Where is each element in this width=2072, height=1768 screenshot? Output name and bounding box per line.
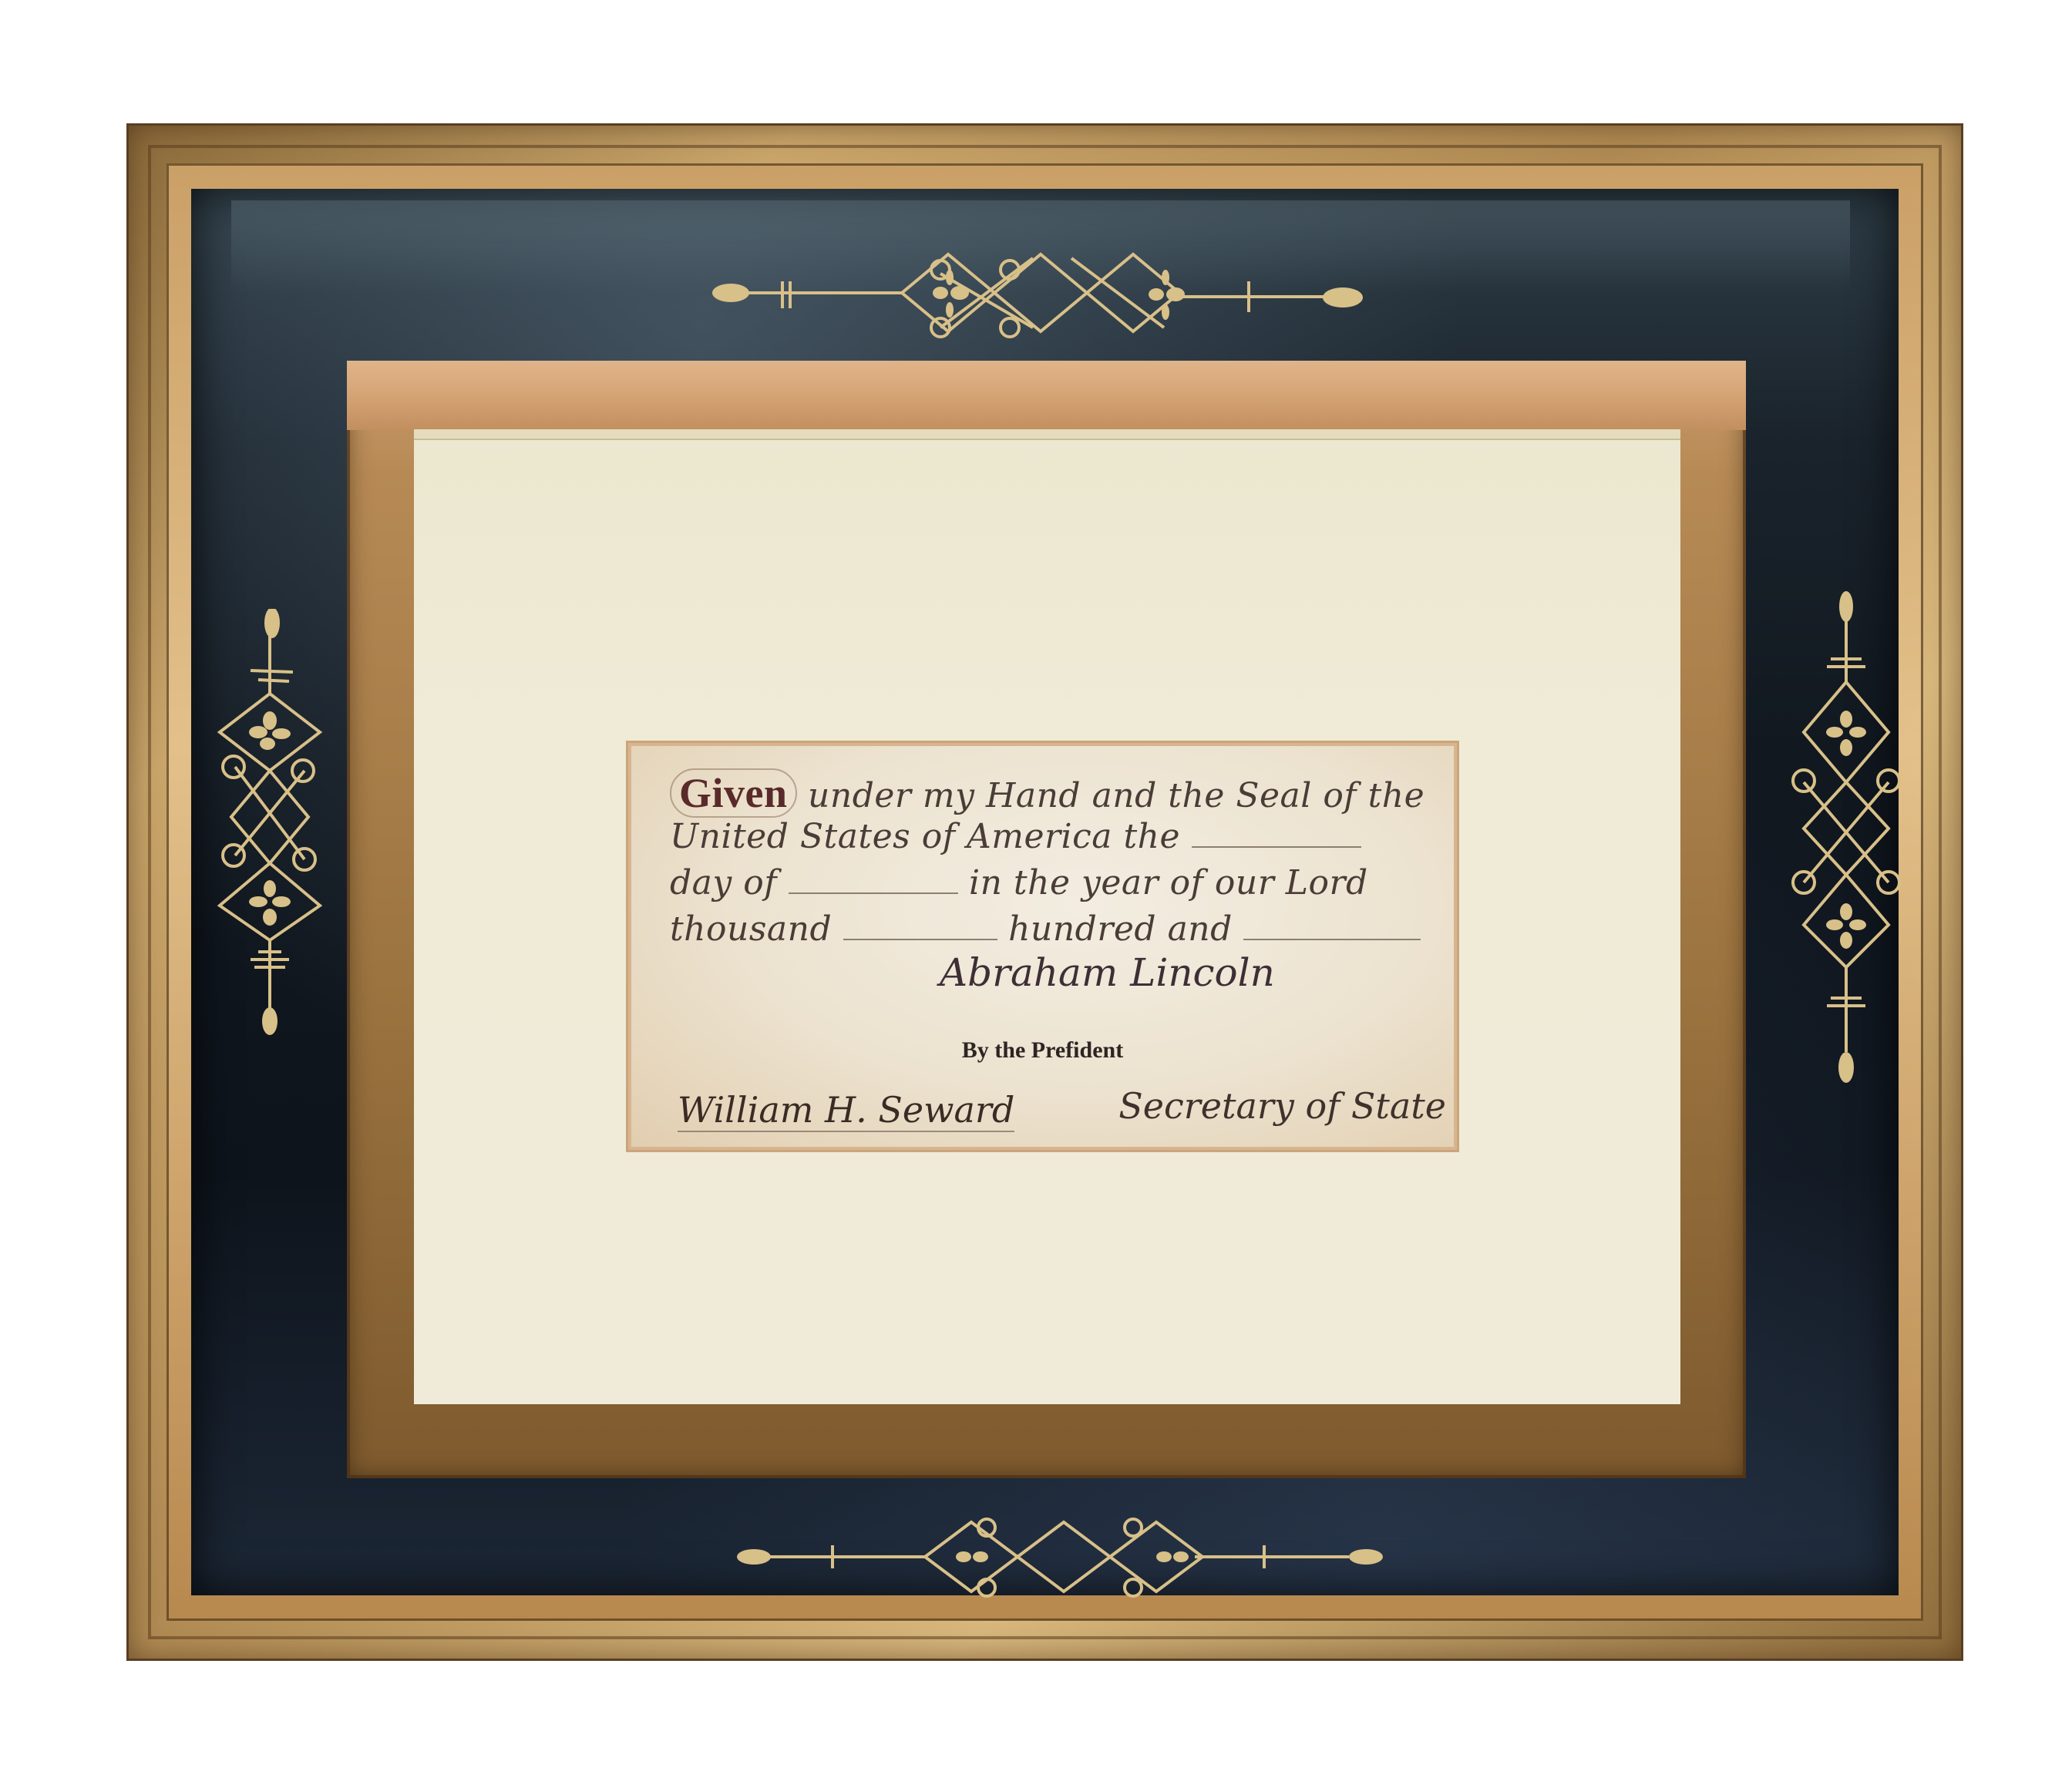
given-heading: Given — [670, 768, 797, 818]
lincoln-signature: Abraham Lincoln — [940, 950, 1275, 995]
doc-line-1: Given under my Hand and the Seal of the — [670, 769, 1423, 817]
blank-line — [789, 891, 958, 894]
blank-line — [843, 937, 997, 940]
ornament-left — [204, 609, 335, 1210]
secretary-of-state-title: Secretary of State — [1118, 1085, 1446, 1127]
ornament-top — [709, 247, 1364, 347]
seward-signature: William H. Seward — [678, 1089, 1014, 1132]
doc-text: hundred and — [1008, 909, 1233, 949]
doc-text: in the year of our Lord — [969, 863, 1368, 902]
ornament-bottom — [732, 1511, 1387, 1603]
doc-text: United States of America the — [670, 817, 1180, 856]
gilt-liner-top — [347, 361, 1746, 430]
blank-line — [1243, 937, 1421, 940]
doc-line-2: United States of America the — [670, 817, 1423, 856]
doc-text: day of — [670, 863, 777, 902]
doc-text: under my Hand and the Seal of the — [808, 776, 1424, 815]
doc-line-4: thousand hundred and — [670, 909, 1423, 949]
doc-line-3: day of in the year of our Lord — [670, 863, 1423, 902]
doc-text: thousand — [670, 909, 832, 949]
ornament-right — [1781, 590, 1912, 1206]
by-the-president: By the Prefident — [631, 1037, 1454, 1064]
blank-line — [1192, 845, 1361, 848]
framed-document: Given under my Hand and the Seal of the … — [628, 743, 1457, 1150]
